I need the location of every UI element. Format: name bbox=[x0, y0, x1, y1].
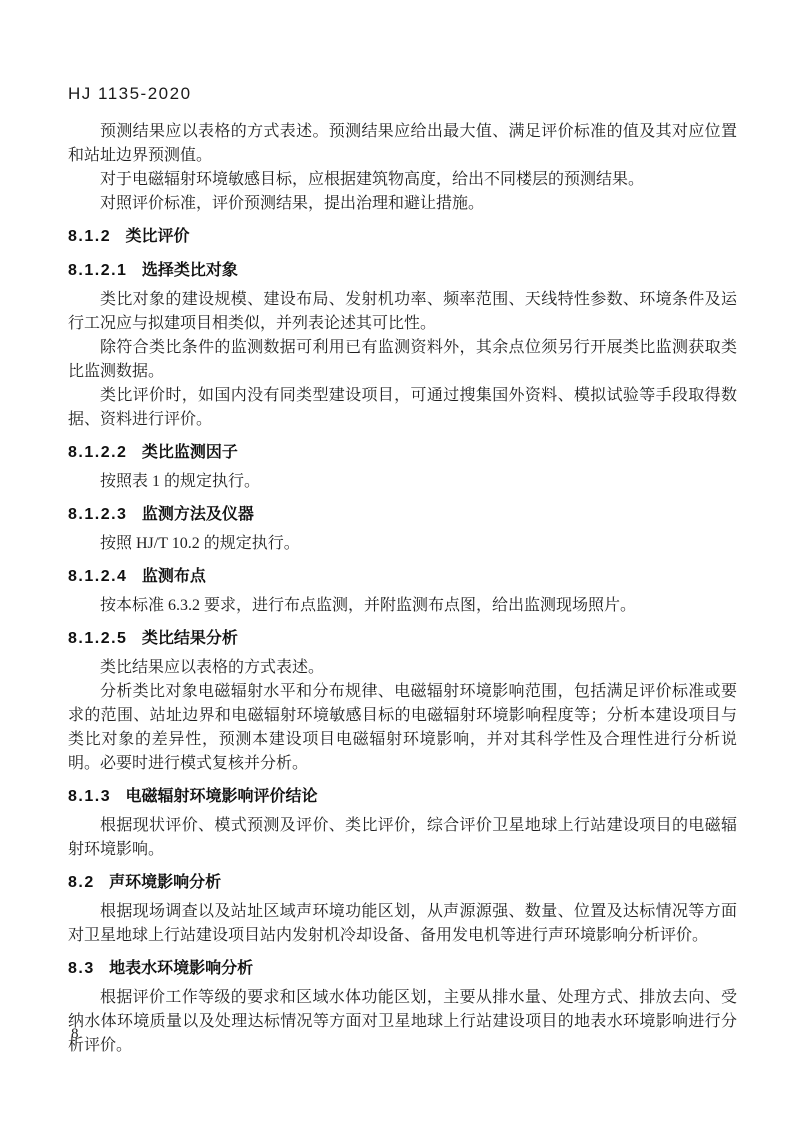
section-heading-8-1-2-1: 8.1.2.1选择类比对象 bbox=[68, 258, 737, 284]
section-heading-8-1-2-4: 8.1.2.4监测布点 bbox=[68, 564, 737, 590]
section-number: 8.1.2.1 bbox=[68, 262, 127, 279]
section-heading-8-1-2-3: 8.1.2.3监测方法及仪器 bbox=[68, 502, 737, 528]
section-number: 8.1.2.2 bbox=[68, 444, 127, 461]
section-title: 类比评价 bbox=[125, 228, 189, 245]
section-title: 电磁辐射环境影响评价结论 bbox=[125, 788, 317, 805]
section-heading-8-1-2: 8.1.2类比评价 bbox=[68, 224, 737, 250]
section-8-1-2-1-paragraph-1: 类比对象的建设规模、建设布局、发射机功率、频率范围、天线特性参数、环境条件及运行… bbox=[68, 288, 737, 336]
section-number: 8.1.2.3 bbox=[68, 506, 127, 523]
intro-paragraph-2: 对于电磁辐射环境敏感目标，应根据建筑物高度，给出不同楼层的预测结果。 bbox=[68, 168, 737, 192]
intro-paragraph-3: 对照评价标准，评价预测结果，提出治理和避让措施。 bbox=[68, 192, 737, 216]
section-title: 监测布点 bbox=[142, 568, 206, 585]
document-code-header: HJ 1135-2020 bbox=[68, 84, 737, 104]
section-number: 8.1.3 bbox=[68, 788, 111, 805]
section-heading-8-3: 8.3地表水环境影响分析 bbox=[68, 956, 737, 982]
section-8-1-2-2-paragraph-1: 按照表 1 的规定执行。 bbox=[68, 470, 737, 494]
document-page: HJ 1135-2020 预测结果应以表格的方式表述。预测结果应给出最大值、满足… bbox=[0, 0, 800, 1131]
section-title: 监测方法及仪器 bbox=[142, 506, 254, 523]
section-8-2-paragraph-1: 根据现场调查以及站址区域声环境功能区划，从声源源强、数量、位置及达标情况等方面对… bbox=[68, 900, 737, 948]
section-8-1-2-1-paragraph-2: 除符合类比条件的监测数据可利用已有监测资料外，其余点位须另行开展类比监测获取类比… bbox=[68, 336, 737, 384]
section-title: 类比结果分析 bbox=[142, 630, 238, 647]
section-8-3-paragraph-1: 根据评价工作等级的要求和区域水体功能区划，主要从排水量、处理方式、排放去向、受纳… bbox=[68, 986, 737, 1058]
section-8-1-2-5-paragraph-2: 分析类比对象电磁辐射水平和分布规律、电磁辐射环境影响范围，包括满足评价标准或要求… bbox=[68, 680, 737, 776]
section-heading-8-1-2-5: 8.1.2.5类比结果分析 bbox=[68, 626, 737, 652]
section-title: 地表水环境影响分析 bbox=[109, 960, 253, 977]
section-number: 8.1.2.4 bbox=[68, 568, 127, 585]
section-heading-8-2: 8.2声环境影响分析 bbox=[68, 870, 737, 896]
intro-paragraph-1: 预测结果应以表格的方式表述。预测结果应给出最大值、满足评价标准的值及其对应位置和… bbox=[68, 120, 737, 168]
section-8-1-2-3-paragraph-1: 按照 HJ/T 10.2 的规定执行。 bbox=[68, 532, 737, 556]
section-number: 8.2 bbox=[68, 874, 95, 891]
section-title: 类比监测因子 bbox=[142, 444, 238, 461]
section-number: 8.1.2 bbox=[68, 228, 111, 245]
section-8-1-2-1-paragraph-3: 类比评价时，如国内没有同类型建设项目，可通过搜集国外资料、模拟试验等手段取得数据… bbox=[68, 384, 737, 432]
section-heading-8-1-3: 8.1.3电磁辐射环境影响评价结论 bbox=[68, 784, 737, 810]
section-number: 8.3 bbox=[68, 960, 95, 977]
section-8-1-2-4-paragraph-1: 按本标准 6.3.2 要求，进行布点监测，并附监测布点图，给出监测现场照片。 bbox=[68, 594, 737, 618]
section-8-1-2-5-paragraph-1: 类比结果应以表格的方式表述。 bbox=[68, 656, 737, 680]
section-heading-8-1-2-2: 8.1.2.2类比监测因子 bbox=[68, 440, 737, 466]
section-number: 8.1.2.5 bbox=[68, 630, 127, 647]
section-title: 声环境影响分析 bbox=[109, 874, 221, 891]
section-title: 选择类比对象 bbox=[142, 262, 238, 279]
section-8-1-3-paragraph-1: 根据现状评价、模式预测及评价、类比评价，综合评价卫星地球上行站建设项目的电磁辐射… bbox=[68, 814, 737, 862]
page-number: 8 bbox=[71, 1026, 79, 1043]
